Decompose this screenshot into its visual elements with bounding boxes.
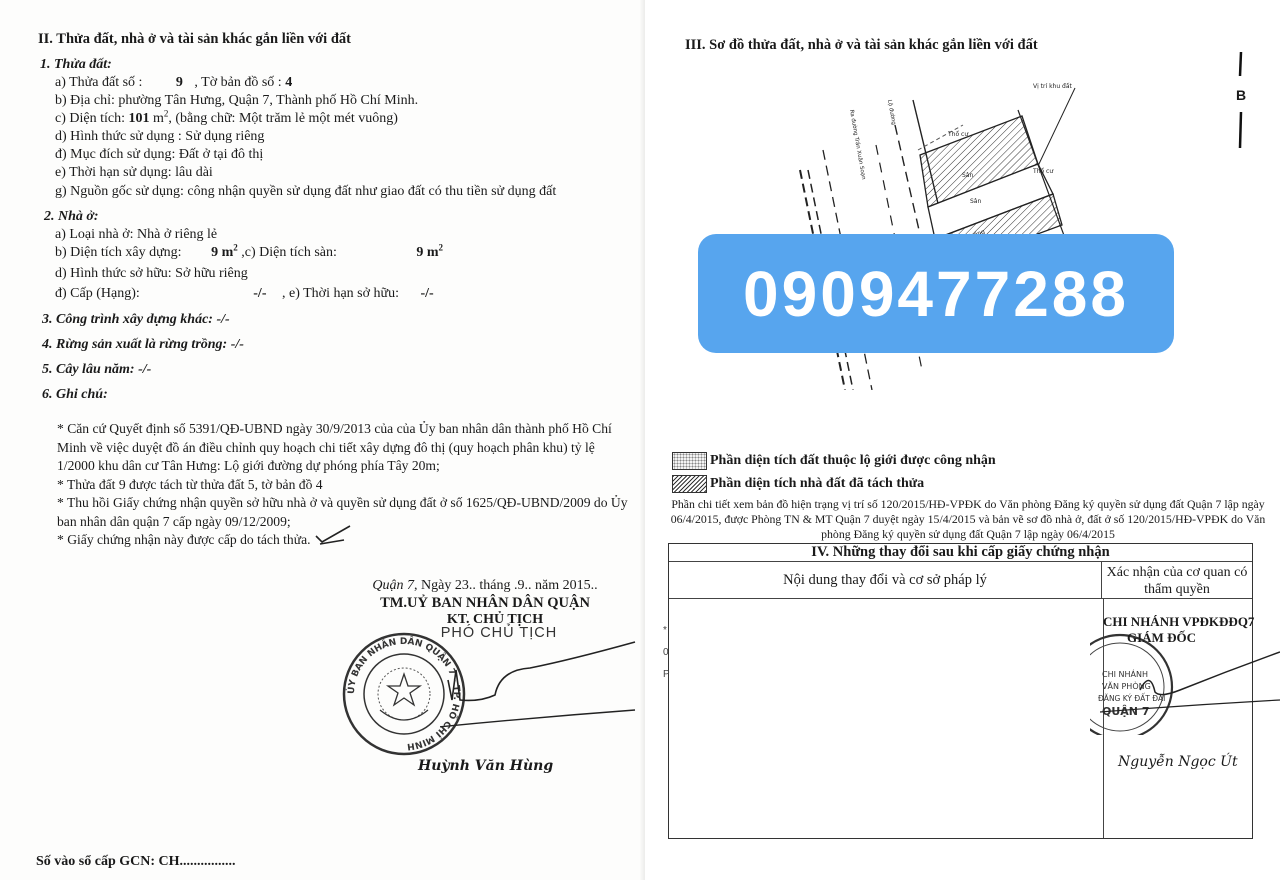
land-area-value: 101	[128, 111, 149, 126]
handwritten-signature-icon	[440, 640, 640, 750]
land-origin: g) Nguồn gốc sử dụng: công nhận quyền sử…	[55, 184, 556, 200]
legend-item-split-parcel: Phần diện tích nhà đất đã tách thửa	[672, 475, 924, 493]
phone-number[interactable]: 0909477288	[743, 257, 1129, 331]
svg-text:Vị trí khu đất: Vị trí khu đất	[1033, 83, 1073, 90]
legend-item-road-boundary: Phần diện tích đất thuộc lộ giới được cô…	[672, 452, 996, 470]
house-type: a) Loại nhà ở: Nhà ở riêng lẻ	[55, 227, 217, 243]
svg-text:Thổ cư: Thổ cư	[947, 131, 969, 138]
parcel-number: 9	[176, 75, 183, 90]
svg-text:Sân: Sân	[962, 172, 973, 179]
checkmark-scribble-icon	[310, 520, 360, 550]
land-use-purpose: đ) Mục đích sử dụng: Đất ở tại đô thị	[55, 147, 263, 163]
dotted-pattern-icon	[672, 452, 707, 470]
production-forest: 4. Rừng sản xuất là rừng trồng: -/-	[42, 337, 244, 353]
agency-handwritten-signature-icon	[1100, 650, 1280, 720]
land-area-line: c) Diện tích: 101 m2, (bằng chữ: Một tră…	[55, 111, 398, 127]
phone-number-overlay[interactable]: 0909477288	[698, 234, 1174, 353]
land-use-term: e) Thời hạn sử dụng: lâu dài	[55, 165, 213, 181]
margin-marks: * 0 P	[663, 620, 670, 686]
agency-signer-name: Nguyễn Ngọc Út	[1118, 754, 1238, 770]
land-address: b) Địa chỉ: phường Tân Hưng, Quận 7, Thà…	[55, 93, 418, 109]
perennial-trees: 5. Cây lâu năm: -/-	[42, 362, 151, 378]
signer-name: Huỳnh Văn Hùng	[418, 758, 553, 774]
map-sheet-number: 4	[285, 75, 292, 90]
page-edge-letter: B	[1236, 87, 1246, 103]
issuing-authority: TM.UỶ BAN NHÂN DÂN QUẬN	[345, 595, 625, 612]
house-heading: 2. Nhà ở:	[44, 209, 99, 225]
note-item: * Căn cứ Quyết định số 5391/QĐ-UBND ngày…	[57, 420, 632, 476]
house-grade-line: đ) Cấp (Hạng): -/- , e) Thời hạn sở hữu:…	[55, 286, 434, 302]
note-item: * Thửa đất 9 được tách từ thửa đất 5, tờ…	[57, 476, 632, 495]
construction-area: 9 m	[211, 245, 233, 260]
issue-date: , Ngày 23.. tháng .9.. năm 2015..	[414, 578, 598, 593]
notes-heading: 6. Ghi chú:	[42, 387, 108, 403]
changes-table-header: Nội dung thay đổi và cơ sở pháp lý Xác n…	[669, 562, 1252, 599]
house-area-line: b) Diện tích xây dựng: 9 m2 ,c) Diện tíc…	[55, 245, 443, 261]
column-header-content: Nội dung thay đổi và cơ sở pháp lý	[669, 562, 1102, 598]
svg-text:Ra đường Trần Xuân Soạn: Ra đường Trần Xuân Soạn	[848, 109, 868, 181]
section-3-title: III. Sơ đồ thửa đất, nhà ở và tài sản kh…	[685, 37, 1038, 54]
hatched-pattern-icon	[672, 475, 707, 493]
svg-text:Lộ đường: Lộ đường	[886, 99, 897, 125]
certificate-registry-number: Số vào sổ cấp GCN: CH................	[36, 854, 236, 870]
floor-area: 9 m	[416, 245, 438, 260]
column-header-confirmation: Xác nhận của cơ quan có thẩm quyền	[1102, 562, 1252, 598]
land-parcel-line: a) Thửa đất số : 9 , Tờ bản đồ số : 4	[55, 75, 292, 91]
svg-text:Sân: Sân	[970, 198, 981, 205]
section-2-title: II. Thửa đất, nhà ở và tài sản khác gắn …	[38, 31, 351, 48]
changes-table-title: IV. Những thay đổi sau khi cấp giấy chứn…	[669, 544, 1252, 562]
ownership-form: d) Hình thức sở hữu: Sở hữu riêng	[55, 266, 248, 282]
other-construction: 3. Công trình xây dựng khác: -/-	[42, 312, 230, 328]
land-use-form: d) Hình thức sử dụng : Sử dụng riêng	[55, 129, 264, 145]
agency-signature-title: CHI NHÁNH VPĐKĐĐQ7 GIÁM ĐỐC	[1103, 614, 1254, 646]
svg-text:Thổ cư: Thổ cư	[1032, 168, 1054, 175]
certificate-page-left: II. Thửa đất, nhà ở và tài sản khác gắn …	[0, 0, 645, 880]
land-heading: 1. Thửa đất:	[40, 57, 112, 73]
reference-note: Phần chi tiết xem bản đồ hiện trạng vị t…	[668, 497, 1268, 542]
